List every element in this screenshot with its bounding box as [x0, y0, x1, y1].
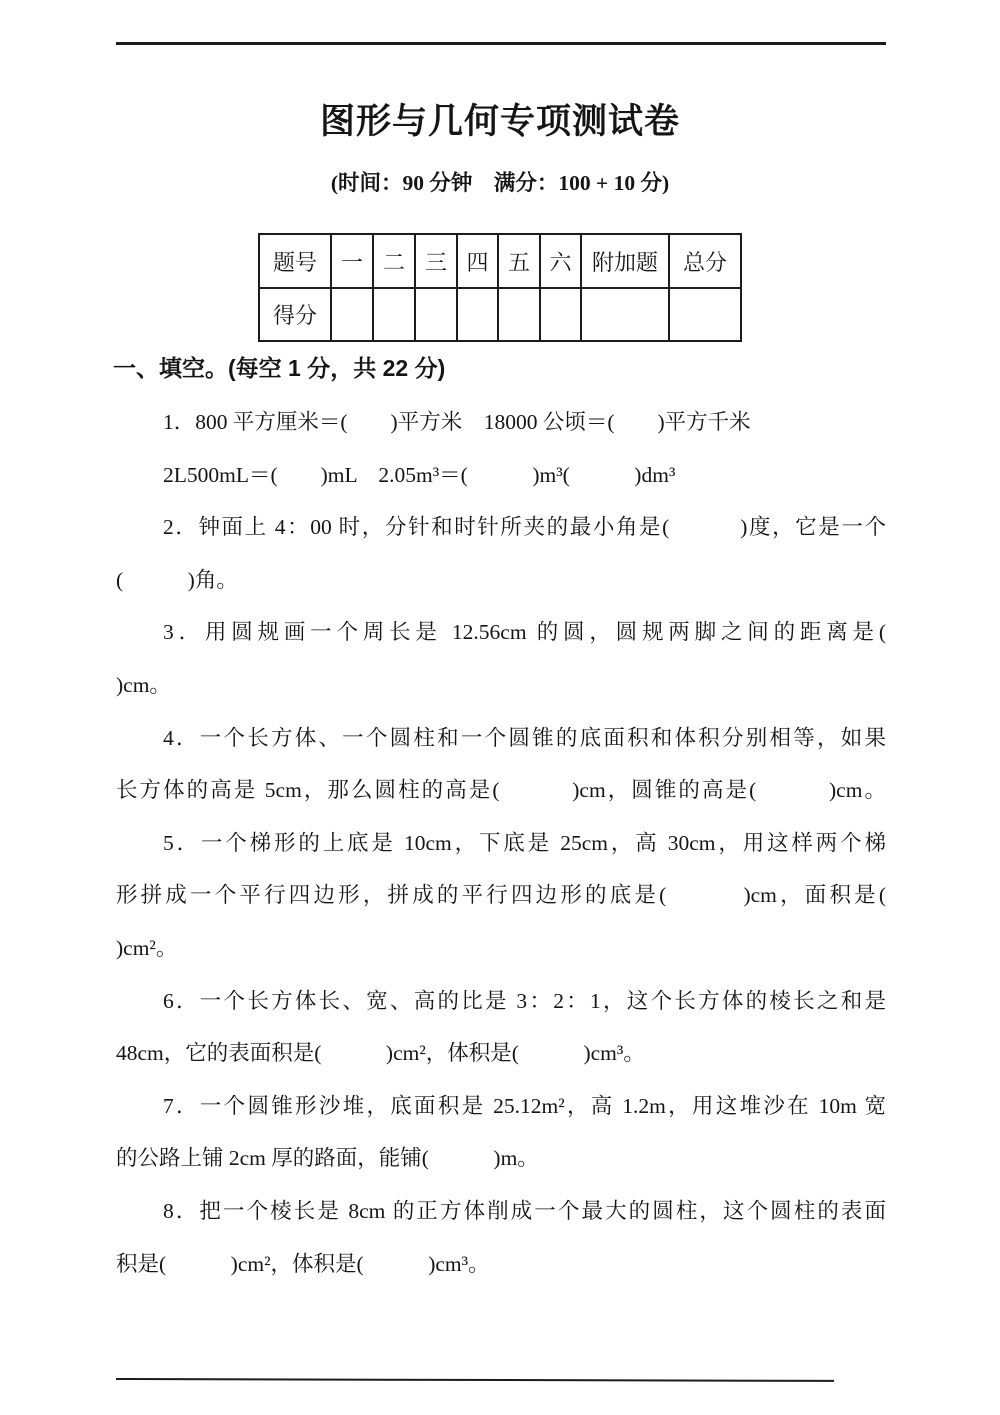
score-empty-cell [540, 288, 581, 341]
test-paper-page: 图形与几何专项测试卷 (时间：90 分钟 满分：100 + 10 分) 题号 一… [0, 0, 1000, 1415]
questions-block: 1．800 平方厘米＝( )平方米 18000 公顷＝( )平方千米 2L500… [116, 396, 886, 1290]
question-2-line-2: ( )角。 [116, 554, 886, 607]
score-table-header-row: 题号 一 二 三 四 五 六 附加题 总分 [259, 234, 741, 288]
question-1-line-1: 1．800 平方厘米＝( )平方米 18000 公顷＝( )平方千米 [116, 396, 886, 449]
score-table-header-cell: 三 [415, 234, 457, 288]
score-empty-cell [373, 288, 415, 341]
section-one-heading: 一、填空。(每空 1 分，共 22 分) [113, 350, 445, 386]
question-6-line-2: 48cm，它的表面积是( )cm²，体积是( )cm³。 [116, 1027, 886, 1080]
score-table-score-row: 得分 [259, 288, 741, 341]
question-7-line-1: 7．一个圆锥形沙堆，底面积是 25.12m²，高 1.2m，用这堆沙在 10m … [116, 1080, 886, 1133]
question-5-line-3: )cm²。 [116, 922, 886, 975]
score-table-header-cell: 总分 [669, 234, 741, 288]
question-3-line-1: 3．用圆规画一个周长是 12.56cm 的圆，圆规两脚之间的距离是( [116, 606, 886, 659]
score-table-header-cell: 一 [331, 234, 373, 288]
question-1-line-2: 2L500mL＝( )mL 2.05m³＝( )m³( )dm³ [116, 449, 886, 502]
top-divider [116, 42, 886, 45]
score-empty-cell [669, 288, 741, 341]
score-table: 题号 一 二 三 四 五 六 附加题 总分 得分 [258, 233, 742, 342]
page-title: 图形与几何专项测试卷 [0, 98, 1000, 146]
score-empty-cell [415, 288, 457, 341]
question-2-line-1: 2．钟面上 4：00 时，分针和时针所夹的最小角是( )度，它是一个 [116, 501, 886, 554]
score-table-header-cell: 四 [457, 234, 498, 288]
score-table-header-cell: 二 [373, 234, 415, 288]
score-row-label: 得分 [259, 288, 331, 341]
score-table-header-cell: 附加题 [581, 234, 669, 288]
question-8-line-2: 积是( )cm²，体积是( )cm³。 [116, 1238, 886, 1291]
page-subtitle: (时间：90 分钟 满分：100 + 10 分) [0, 168, 1000, 198]
question-3-line-2: )cm。 [116, 659, 886, 712]
score-empty-cell [457, 288, 498, 341]
question-4-line-2: 长方体的高是 5cm，那么圆柱的高是( )cm，圆锥的高是( )cm。 [116, 764, 886, 817]
question-5-line-1: 5．一个梯形的上底是 10cm，下底是 25cm，高 30cm，用这样两个梯 [116, 817, 886, 870]
score-empty-cell [331, 288, 373, 341]
score-table-header-cell: 五 [498, 234, 540, 288]
question-5-line-2: 形拼成一个平行四边形，拼成的平行四边形的底是( )cm，面积是( [116, 869, 886, 922]
question-6-line-1: 6．一个长方体长、宽、高的比是 3：2：1，这个长方体的棱长之和是 [116, 975, 886, 1028]
question-8-line-1: 8．把一个棱长是 8cm 的正方体削成一个最大的圆柱，这个圆柱的表面 [116, 1185, 886, 1238]
question-4-line-1: 4．一个长方体、一个圆柱和一个圆锥的底面积和体积分别相等，如果 [116, 712, 886, 765]
score-table-header-cell: 六 [540, 234, 581, 288]
score-empty-cell [581, 288, 669, 341]
question-7-line-2: 的公路上铺 2cm 厚的路面，能铺( )m。 [116, 1132, 886, 1185]
score-empty-cell [498, 288, 540, 341]
bottom-divider [116, 1378, 834, 1382]
score-table-header-cell: 题号 [259, 234, 331, 288]
